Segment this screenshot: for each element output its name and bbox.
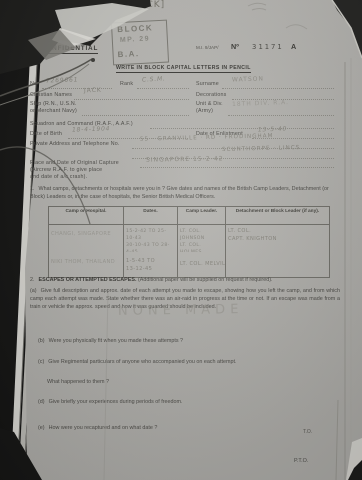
christian-names-label: Christian Names: [30, 92, 72, 99]
ship-line: [82, 108, 189, 116]
table-row: LT. COL. CAPT. KNIGHTON: [226, 225, 329, 252]
table-row: [226, 252, 329, 277]
question-2c-followup-text: What happened to them ?: [47, 379, 109, 385]
detachment-1: LT. COL. CAPT. KNIGHTON: [228, 228, 327, 244]
question-2e-text: How were you recaptured and on what date…: [49, 425, 158, 431]
stamp-line3: B.A.: [117, 49, 139, 59]
serial-suffix: A: [291, 42, 296, 51]
pto: P.T.O.: [294, 458, 308, 464]
question-2c-followup: What happened to them ?: [47, 378, 337, 386]
question-2c: (c)Give Regimental particulars of anyone…: [38, 358, 338, 366]
dates-1: 15-2-42 TO 25-10-43 30-10-43 TO 28-4-45: [126, 228, 175, 252]
col-header-leader: Camp Leader.: [178, 207, 226, 225]
no-label: Nº: [231, 42, 239, 51]
question-2-heading: 2.ESCAPES OR ATTEMPTED ESCAPES. (Additio…: [30, 276, 342, 284]
question-2d-text: Give briefly your experiences during per…: [49, 399, 183, 405]
table-row: LT. COL. MELVILL: [178, 252, 226, 277]
question-1-number: 1.: [30, 186, 35, 192]
table-row: 15-2-42 TO 25-10-43 30-10-43 TO 28-4-45: [124, 225, 178, 252]
question-2e-tag: (e): [38, 425, 45, 431]
christian-names-value: JACK: [84, 87, 102, 95]
question-2c-text: Give Regimental particulars of anyone wh…: [48, 359, 236, 365]
question-2-title: ESCAPES OR ATTEMPTED ESCAPES.: [39, 277, 137, 283]
dob-label: Date of Birth: [30, 131, 62, 138]
no-value: 7269661: [46, 76, 79, 84]
decorations-label: Decorations: [196, 92, 226, 99]
col-header-detachment: Detachment or Block Leader (if any).: [226, 207, 329, 225]
no-label-field: No.: [30, 81, 39, 88]
pencil-instruction: WRITE IN BLOCK CAPITAL LETTERS IN PENCIL: [116, 65, 251, 73]
question-2e: (e)How were you recaptured and on what d…: [38, 424, 338, 432]
question-2d: (d)Give briefly your experiences during …: [38, 398, 338, 406]
address-label: Private Address and Telephone No.: [30, 141, 120, 148]
surname-label: Surname: [196, 81, 219, 88]
table-row: LT. COL. JOHNSON LT. COL. HOLMES: [178, 225, 226, 252]
ref-prefix: M.I. 9/JAP/: [196, 45, 218, 50]
question-2c-tag: (c): [38, 359, 44, 365]
camp-1: CHANGI, SINGAPORE: [51, 231, 111, 237]
camps-table: Camp or Hospital. Dates. Camp Leader. De…: [48, 206, 330, 278]
none-made-answer: NONE MADE: [118, 302, 244, 319]
confidential-marking: CONFIDENTIAL: [41, 45, 98, 54]
rank-value: C.S.M.: [142, 75, 166, 83]
handwritten-block-note: [BLOCK]: [121, 0, 165, 10]
stamp-line2: MP. 29: [120, 35, 151, 44]
dob-value: 18-4-1904: [72, 125, 110, 133]
question-1: 1.What camps, detachments or hospitals w…: [30, 185, 332, 201]
leader-2: LT. COL. MELVILL: [180, 261, 226, 267]
photo-of-document: [BLOCK] BLOCK MP. 29 B.A. CONFIDENTIAL M…: [0, 0, 362, 480]
question-2b-text: Were you physically fit when you made th…: [49, 338, 183, 344]
squadron-line: [150, 121, 334, 129]
ship-label-line2: or Merchant Navy): [30, 108, 77, 115]
question-2-number: 2.: [30, 277, 35, 283]
question-2d-tag: (d): [38, 399, 45, 405]
pto-partial: T.O.: [303, 429, 312, 435]
col-header-camp: Camp or Hospital.: [49, 207, 124, 225]
table-row: NIKI THOM, THAILAND: [49, 252, 124, 277]
question-2a-tag: (a): [30, 288, 37, 294]
question-2b: (b)Were you physically fit when you made…: [38, 337, 338, 345]
question-2-note: (Additional paper will be supplied on re…: [138, 277, 273, 283]
capture-line: [140, 163, 334, 168]
unit-label-line2: (Army): [196, 108, 213, 115]
dates-2: 1-5-43 TO 13-12-45: [126, 258, 175, 274]
table-row: CHANGI, SINGAPORE: [49, 225, 124, 252]
camp-2: NIKI THOM, THAILAND: [51, 259, 115, 265]
rank-label: Rank: [120, 81, 133, 88]
question-2b-tag: (b): [38, 338, 45, 344]
question-1-text: What camps, detachments or hospitals wer…: [30, 186, 329, 200]
col-header-dates: Dates.: [124, 207, 178, 225]
leader-1: LT. COL. JOHNSON LT. COL. HOLMES: [180, 228, 223, 252]
surname-value: WATSON: [232, 75, 264, 83]
serial-number: 31171: [252, 42, 284, 51]
capture-label-line3: and date of a/c crash).: [30, 174, 87, 181]
table-row: 1-5-43 TO 13-12-45: [124, 252, 178, 277]
stamp-line1: BLOCK: [117, 23, 153, 34]
capture-value: SINGAPORE 15-2-42: [146, 155, 224, 163]
unit-line: [228, 108, 334, 116]
block-stamp: BLOCK MP. 29 B.A.: [111, 20, 169, 66]
